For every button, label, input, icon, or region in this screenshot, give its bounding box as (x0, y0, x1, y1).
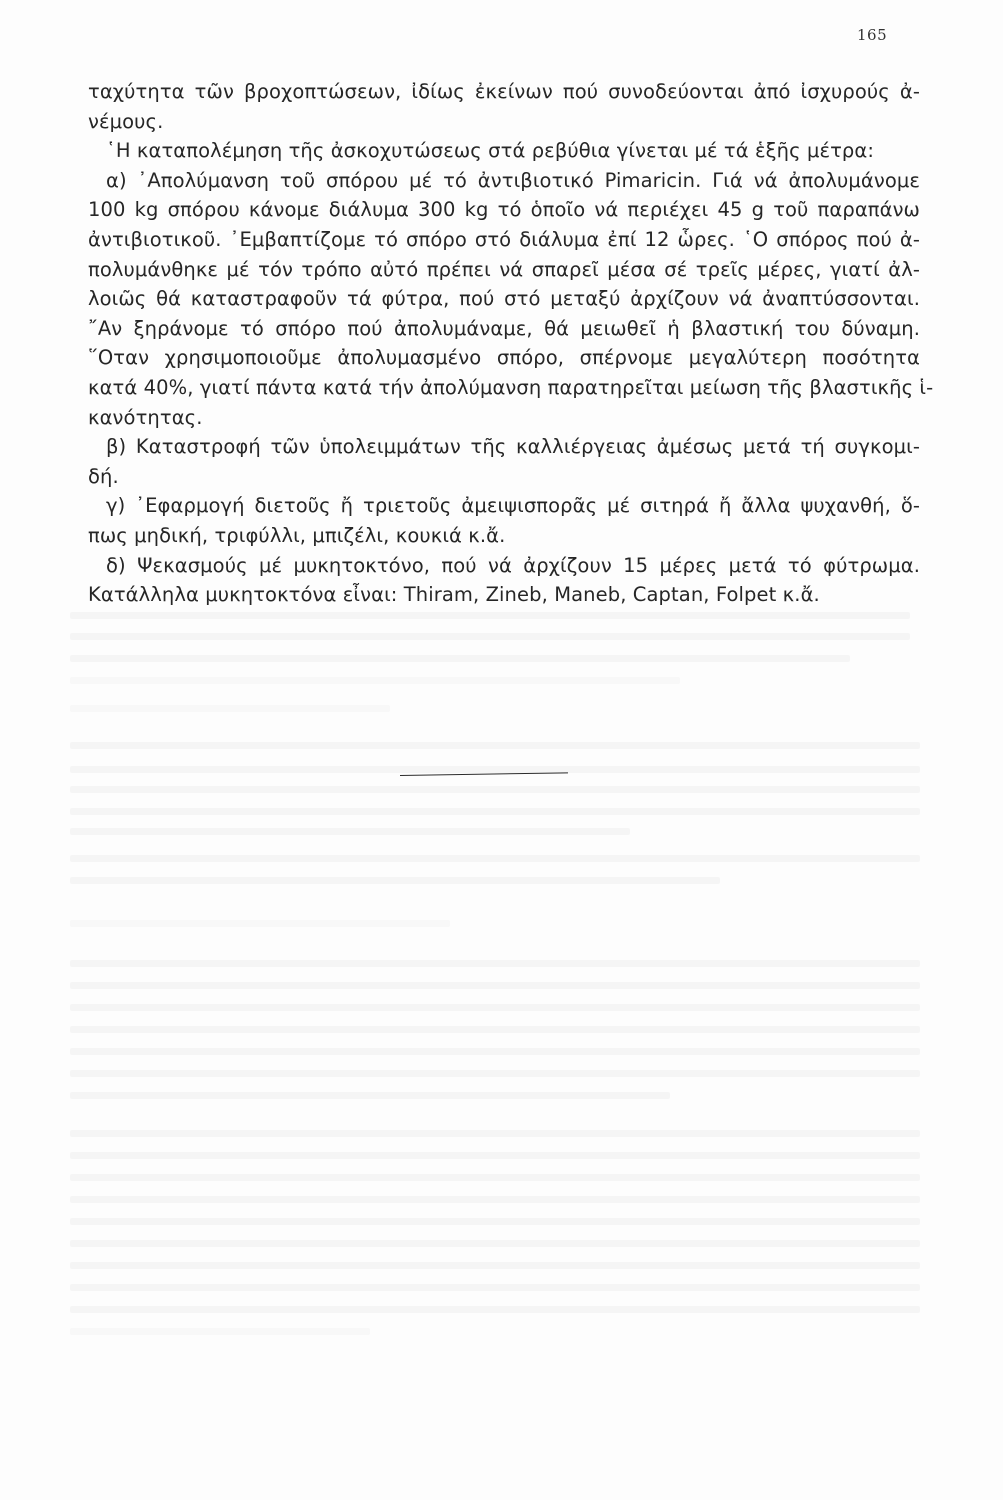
text-line: κανότητας. (88, 403, 920, 433)
text-line: ῎Αν ξηράνομε τό σπόρο πού ἀπολυμάναμε, θ… (88, 314, 920, 344)
text-line: κατά 40%, γιατί πάντα κατά τήν ἀπολύμανσ… (88, 373, 920, 403)
text-line: ῾Η καταπολέμηση τῆς ἀσκοχυτώσεως στά ρεβ… (88, 136, 920, 166)
text-line: πως μηδική, τριφύλλι, μπιζέλι, κουκιά κ.… (88, 521, 920, 551)
text-line: β) Καταστροφή τῶν ὑπολειμμάτων τῆς καλλι… (88, 432, 920, 462)
text-line: ταχύτητα τῶν βροχοπτώσεων, ἰδίως ἐκείνων… (88, 77, 920, 107)
text-line: δή. (88, 462, 920, 492)
text-line: λοιῶς θά καταστραφοῦν τά φύτρα, πού στό … (88, 284, 920, 314)
text-line: α) ᾽Απολύμανση τοῦ σπόρου μέ τό ἀντιβιοτ… (88, 166, 920, 196)
text-line: ῞Οταν χρησιμοποιοῦμε ἀπολυμασμένο σπόρο,… (88, 343, 920, 373)
text-line: δ) Ψεκασμούς μέ μυκητοκτόνο, πού νά ἀρχί… (88, 551, 920, 581)
text-line: ἀντιβιοτικοῦ. ᾽Εμβαπτίζομε τό σπόρο στό … (88, 225, 920, 255)
text-line: γ) ᾽Εφαρμογή διετοῦς ἤ τριετοῦς ἀμειψισπ… (88, 491, 920, 521)
page-number: 165 (857, 26, 887, 44)
text-line: Κατάλληλα μυκητοκτόνα εἶναι: Thiram, Zin… (88, 580, 920, 610)
book-page: 165 ταχύτητα τῶν βροχοπτώσεων, ἰδίως ἐκε… (0, 0, 1003, 1500)
body-text: ταχύτητα τῶν βροχοπτώσεων, ἰδίως ἐκείνων… (88, 77, 920, 610)
text-line: πολυμάνθηκε μέ τόν τρόπο αὐτό πρέπει νά … (88, 255, 920, 285)
text-line: νέμους. (88, 107, 920, 137)
text-line: 100 kg σπόρου κάνομε διάλυμα 300 kg τό ὁ… (88, 195, 920, 225)
